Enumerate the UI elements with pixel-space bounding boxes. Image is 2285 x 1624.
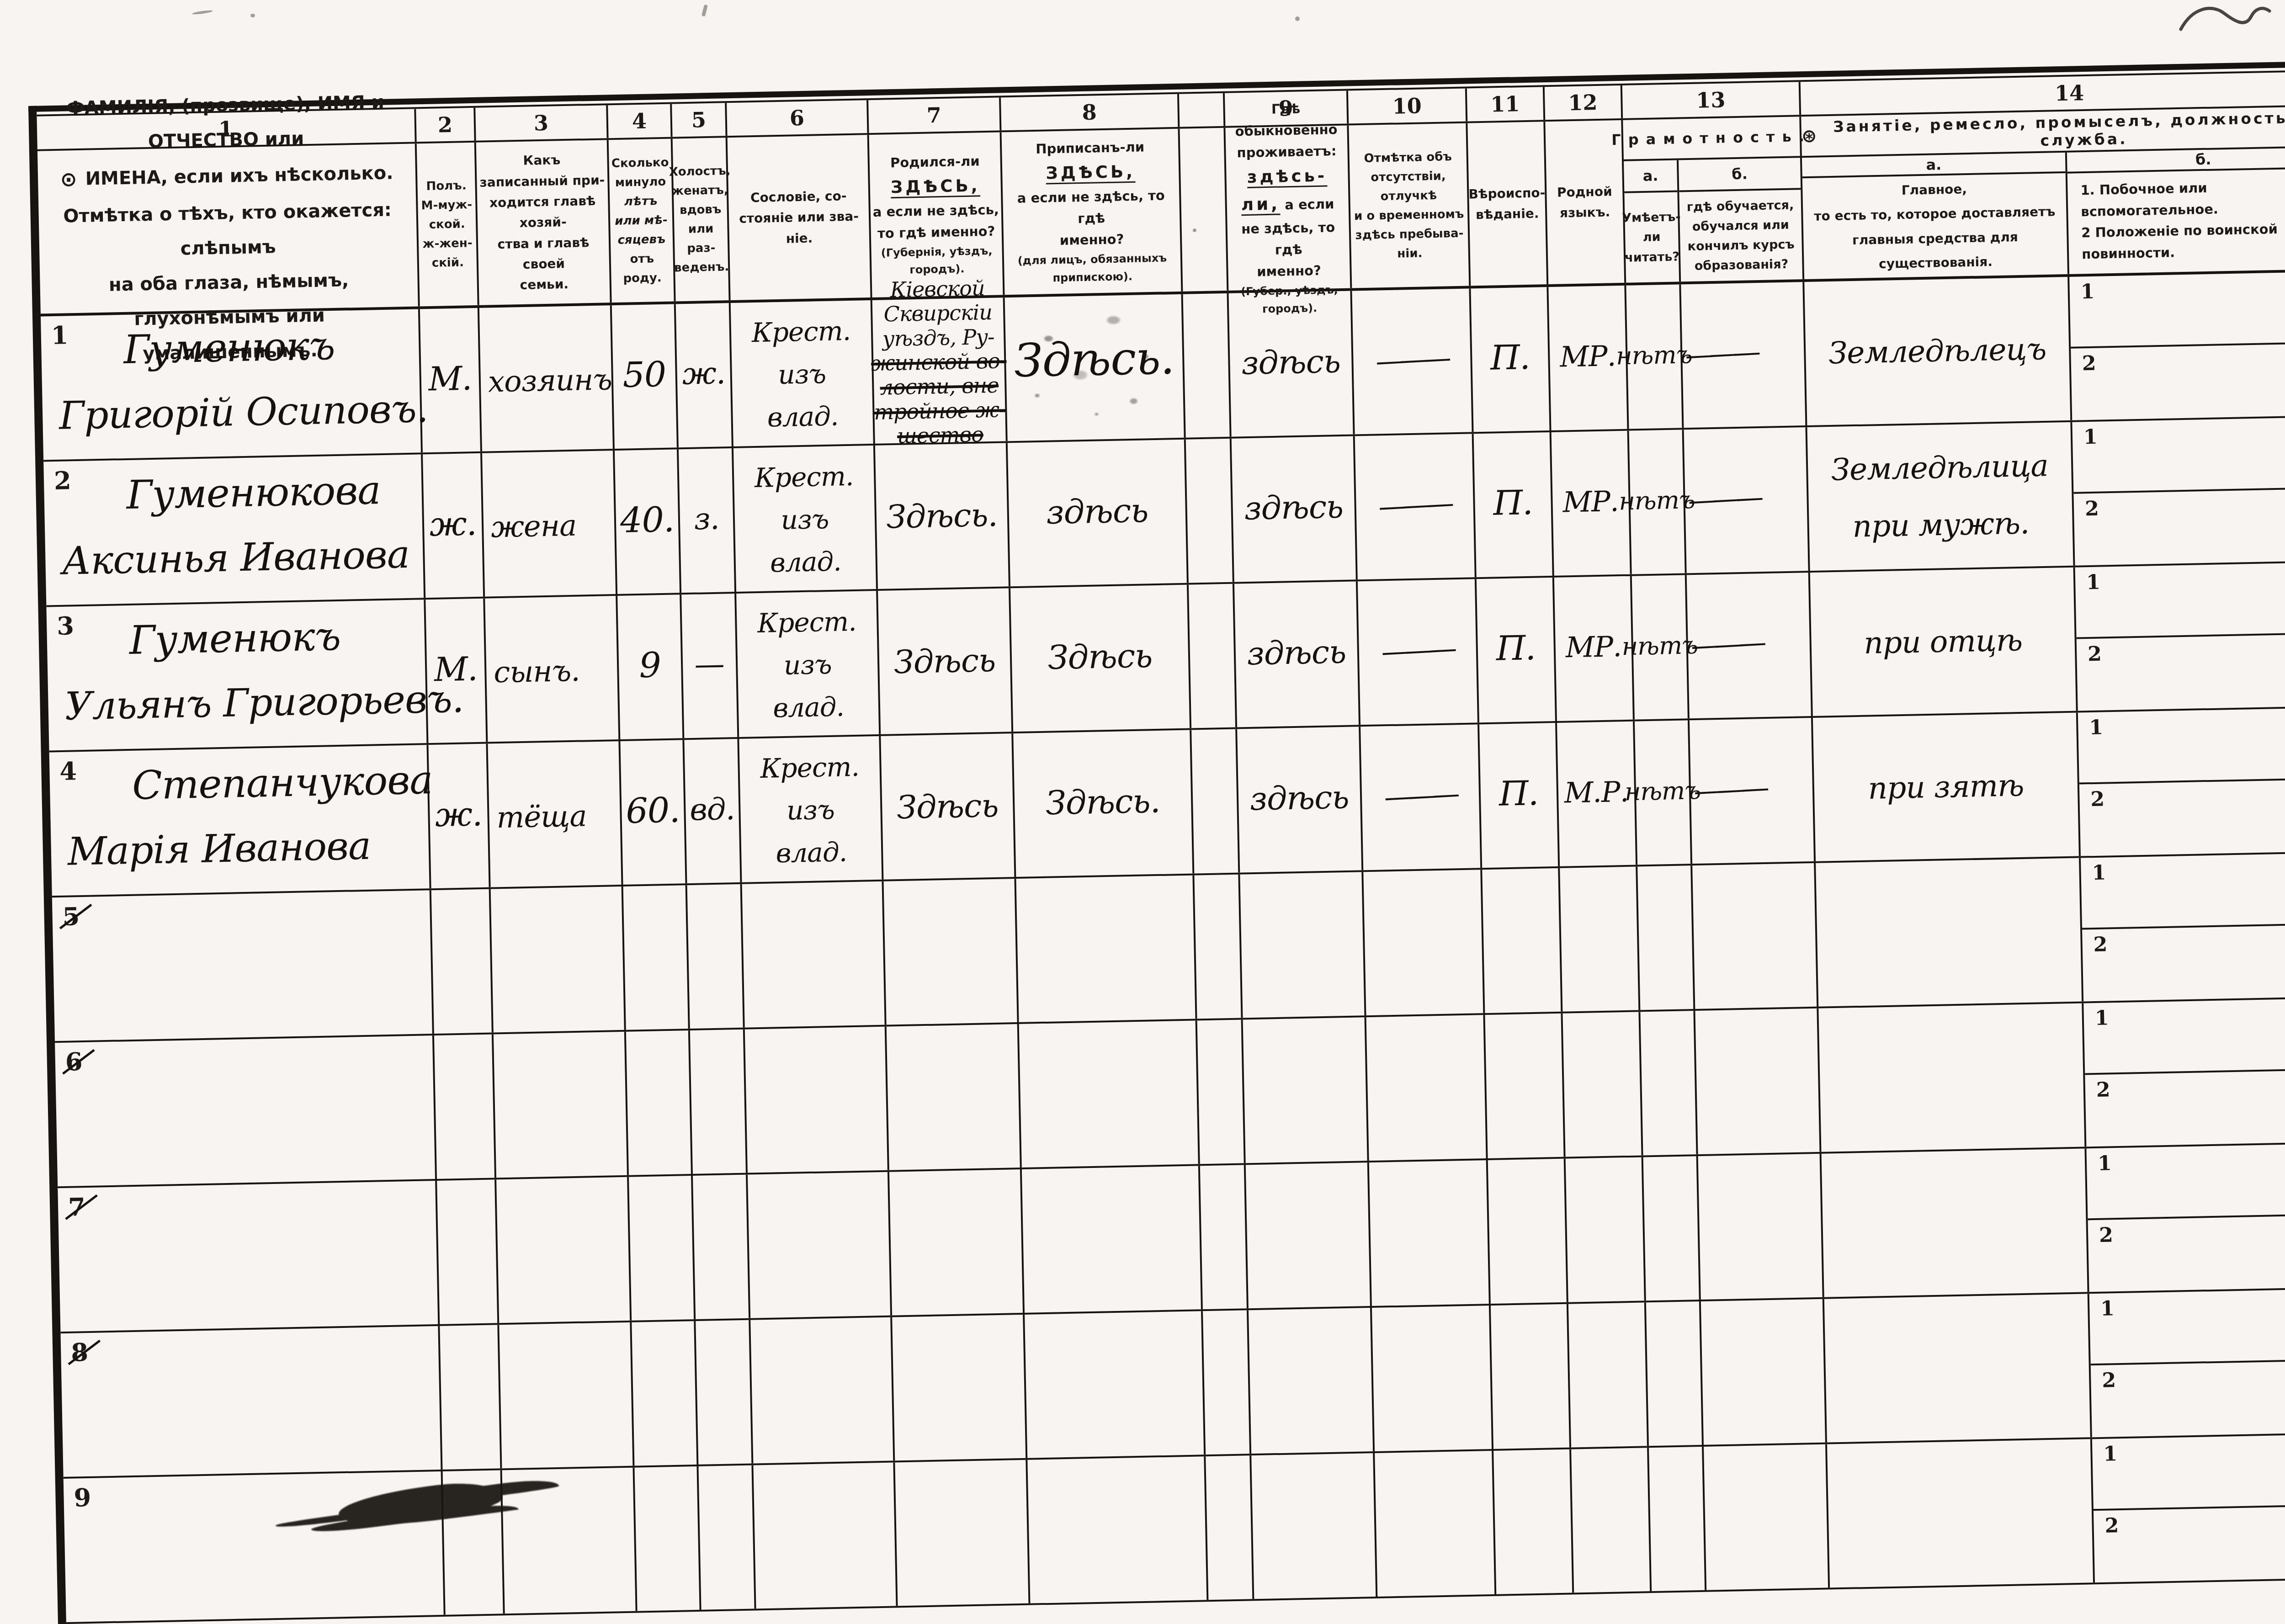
cell-language bbox=[1568, 1302, 1649, 1447]
cell-relation bbox=[496, 1177, 632, 1323]
cell-relation bbox=[494, 1032, 629, 1178]
spacer-cell bbox=[1194, 874, 1243, 1019]
religion-entry: П. bbox=[1493, 486, 1533, 520]
cell-can-read: нѣтъ bbox=[1632, 575, 1690, 719]
sub-label-1: 1 bbox=[2094, 1006, 2109, 1030]
relation-entry: хозяинъ bbox=[488, 365, 612, 397]
residence-entry: здѣсь bbox=[1249, 781, 1349, 815]
cell-registration bbox=[1016, 875, 1197, 1022]
ink-speck bbox=[701, 4, 708, 16]
sex-entry: ж. bbox=[435, 797, 482, 831]
registration-entry: Здѣсь. bbox=[1045, 784, 1160, 819]
age-entry: 9 bbox=[639, 647, 661, 683]
sub-label-2: 2 bbox=[2104, 1514, 2119, 1538]
sub-label-2: 2 bbox=[2085, 497, 2099, 521]
residence-entry: здѣсь bbox=[1241, 345, 1341, 379]
cell-registration: Здѣсь bbox=[1010, 585, 1191, 732]
spacer-cell bbox=[1197, 1019, 1246, 1164]
cell-side-occupation: 1 2 bbox=[2083, 998, 2285, 1147]
cell-education bbox=[1698, 1154, 1824, 1300]
registration-entry: Здѣсь. bbox=[1014, 335, 1174, 384]
spacer-cell bbox=[1186, 439, 1234, 583]
birthplace-entry: Здѣсь. bbox=[886, 496, 998, 536]
occupation-entry: при отцѣ bbox=[1863, 611, 2023, 672]
cell-estate bbox=[750, 1317, 895, 1464]
cell-estate bbox=[748, 1172, 892, 1318]
cell-can-read bbox=[1640, 1011, 1698, 1155]
cell-education: ——— bbox=[1684, 427, 1810, 573]
cell-main-occupation: Земледѣлецъ bbox=[1804, 277, 2072, 425]
cell-education bbox=[1692, 863, 1818, 1009]
language-entry: МР. bbox=[1560, 342, 1616, 371]
cell-sex bbox=[431, 889, 494, 1034]
sub-label-2: 2 bbox=[2099, 1223, 2114, 1247]
sub-label-1: 1 bbox=[2089, 716, 2104, 740]
cell-education bbox=[1701, 1299, 1827, 1445]
cell-main-occupation bbox=[1827, 1439, 2095, 1587]
pencil-mark bbox=[192, 10, 213, 15]
header-col-estate: Сословіе, со-стояніе или зва-ніе. bbox=[728, 135, 872, 300]
header-col-literacy: Грамотность. а. Умѣетъ-личитать? б. гдѣ … bbox=[1623, 117, 1804, 283]
cell-relation bbox=[491, 886, 626, 1033]
cell-estate bbox=[742, 881, 887, 1028]
cell-residence: здѣсь bbox=[1234, 581, 1360, 727]
cell-name: 8 bbox=[61, 1326, 443, 1477]
cell-sex bbox=[434, 1034, 496, 1178]
cell-age bbox=[623, 885, 690, 1030]
cell-language bbox=[1562, 1012, 1643, 1157]
cell-relation: хозяинъ bbox=[479, 305, 615, 451]
cell-religion bbox=[1485, 1014, 1565, 1158]
cell-marital: — bbox=[681, 594, 739, 738]
religion-entry: П. bbox=[1496, 631, 1536, 666]
birthplace-entry: КіевскойСквирскіиуѣздъ, Ру- bbox=[881, 276, 994, 351]
cell-side-occupation: 1 2 bbox=[2078, 707, 2285, 856]
education-dash: ——— bbox=[1687, 483, 1761, 515]
marital-entry: вд. bbox=[690, 794, 735, 825]
cell-main-occupation bbox=[1824, 1294, 2092, 1442]
cell-main-occupation bbox=[1816, 858, 2083, 1007]
cell-name: 5 bbox=[52, 890, 434, 1041]
cell-residence bbox=[1246, 1162, 1372, 1308]
col-number-4: 4 bbox=[608, 104, 672, 138]
header-col-marital: Холостъ,женатъ,вдовъили раз-веденъ. bbox=[673, 138, 731, 301]
surname-handwritten: Гуменюкъ bbox=[123, 326, 335, 370]
cell-main-occupation: Земледѣлицапри мужѣ. bbox=[1807, 422, 2075, 571]
cell-name: 6 bbox=[55, 1035, 437, 1186]
sub-col-a-label: а. bbox=[1624, 160, 1677, 193]
cell-sex: ж. bbox=[423, 453, 485, 598]
literacy-b-text: гдѣ обучается,обучался иликончилъ курсъо… bbox=[1679, 190, 1802, 281]
cell-birthplace bbox=[892, 1315, 1027, 1461]
cell-age bbox=[634, 1466, 701, 1608]
birthplace-entry: Здѣсь bbox=[893, 641, 996, 681]
sub-label-1: 1 bbox=[2092, 861, 2106, 885]
cell-sex: ж. bbox=[428, 744, 490, 888]
cell-relation bbox=[502, 1468, 638, 1608]
estate-entry: Крест.изъвлад. bbox=[757, 600, 858, 730]
cell-name: 3 Гуменюкъ Ульянъ Григорьевъ. bbox=[46, 600, 428, 750]
cell-birthplace bbox=[884, 879, 1019, 1025]
sub-label-2: 2 bbox=[2096, 1078, 2110, 1102]
estate-entry: Крест.изъвлад. bbox=[751, 310, 853, 439]
sub-label-1: 1 bbox=[2098, 1152, 2112, 1175]
row-number: 8 bbox=[71, 1337, 89, 1367]
side-occupation-cell-1: 1 bbox=[2089, 1289, 2285, 1366]
occupation-entry: Земледѣлецъ bbox=[1828, 320, 2047, 382]
cell-name: 4 Степанчукова Марія Иванова bbox=[49, 745, 431, 896]
sub-label-1: 1 bbox=[2086, 571, 2101, 594]
sub-label-1: 1 bbox=[2083, 425, 2098, 449]
occupation-entry: при зятѣ bbox=[1867, 757, 2024, 817]
cell-registration: здѣсь bbox=[1008, 440, 1189, 587]
cell-absence bbox=[1363, 870, 1485, 1015]
cell-residence bbox=[1251, 1453, 1377, 1599]
marital-entry: з. bbox=[694, 504, 719, 534]
estate-entry: Крест.изъвлад. bbox=[754, 455, 856, 584]
cell-residence bbox=[1240, 872, 1366, 1018]
cell-estate: Крест.изъвлад. bbox=[739, 736, 883, 882]
cell-age: 9 bbox=[617, 594, 684, 739]
literacy-a-text: Умѣетъ-личитать? bbox=[1624, 192, 1679, 283]
literacy-entry: нѣтъ bbox=[1616, 342, 1692, 368]
marital-entry: — bbox=[694, 649, 724, 679]
header-col-sex: Полъ.М-муж-ской.ж-жен-скій. bbox=[417, 143, 479, 306]
relation-entry: тёща bbox=[496, 802, 587, 833]
cell-birthplace bbox=[895, 1460, 1030, 1606]
absence-dash: ——— bbox=[1375, 345, 1449, 376]
cell-registration bbox=[1027, 1456, 1208, 1603]
cell-religion bbox=[1491, 1304, 1571, 1449]
sex-entry: М. bbox=[434, 652, 478, 686]
cell-registration bbox=[1022, 1166, 1203, 1313]
cell-birthplace: Здѣсь bbox=[881, 733, 1016, 880]
side-occupation-cell-2: 2 bbox=[2088, 1215, 2285, 1292]
spacer-column bbox=[1179, 93, 1225, 127]
census-table: 1 2 3 4 5 6 7 8 9 10 11 12 13 14 ФАМИЛІЯ… bbox=[28, 61, 2285, 1608]
scanned-census-sheet: 1 2 3 4 5 6 7 8 9 10 11 12 13 14 ФАМИЛІЯ… bbox=[0, 0, 2285, 1608]
cell-can-read: нѣтъ bbox=[1629, 430, 1687, 574]
surname-handwritten: Гуменюкова bbox=[126, 471, 381, 515]
cell-relation: жена bbox=[482, 451, 617, 597]
cell-can-read bbox=[1646, 1301, 1704, 1446]
education-dash: ——— bbox=[1690, 629, 1764, 660]
cell-relation: сынъ. bbox=[485, 596, 620, 742]
age-entry: 60. bbox=[626, 793, 680, 828]
age-entry: 40. bbox=[620, 502, 674, 538]
cell-sex bbox=[440, 1325, 502, 1469]
cell-education: ——— bbox=[1690, 718, 1816, 864]
row-number: 3 bbox=[57, 611, 74, 641]
header-text: Отмѣтка о тѣхъ, кто окажется: слѣпымъ bbox=[45, 192, 411, 269]
cell-age bbox=[629, 1176, 696, 1321]
row-number: 2 bbox=[53, 466, 71, 495]
cell-birthplace bbox=[889, 1169, 1025, 1316]
side-occupation-cell-1: 1 bbox=[2078, 707, 2285, 785]
header-text: ФАМИЛІЯ, (прозвище), ИМЯ и ОТЧЕСТВО или bbox=[43, 85, 409, 161]
cell-education bbox=[1695, 1008, 1821, 1154]
cell-absence bbox=[1369, 1160, 1491, 1306]
row-number: 4 bbox=[59, 756, 77, 786]
col-number-3: 3 bbox=[475, 105, 608, 141]
absence-dash: ——— bbox=[1381, 635, 1455, 667]
cell-religion bbox=[1493, 1449, 1574, 1594]
cell-age: 60. bbox=[620, 740, 687, 885]
header-col-birthplace: Родился-ли ЗДѢСЬ, а если не здѣсь,то гдѣ… bbox=[869, 132, 1005, 297]
cell-absence: ——— bbox=[1352, 288, 1473, 434]
cell-age: 50 bbox=[612, 304, 679, 449]
cell-main-occupation bbox=[1818, 1003, 2086, 1152]
cell-sex: М. bbox=[420, 308, 482, 452]
cell-marital bbox=[698, 1465, 756, 1608]
cell-marital bbox=[687, 884, 745, 1029]
cell-side-occupation: 1 2 bbox=[2089, 1288, 2285, 1437]
sex-entry: М. bbox=[428, 362, 472, 396]
cell-residence bbox=[1243, 1017, 1369, 1163]
cell-age bbox=[626, 1030, 693, 1175]
cell-marital bbox=[693, 1175, 750, 1319]
cell-side-occupation: 1 2 bbox=[2072, 417, 2285, 566]
spacer-cell bbox=[1200, 1165, 1249, 1309]
registration-entry: Здѣсь bbox=[1047, 639, 1153, 674]
cell-can-read: нѣтъ bbox=[1635, 720, 1692, 865]
occupation-entry: Земледѣлицапри мужѣ. bbox=[1831, 437, 2050, 556]
row-number: 1 bbox=[51, 320, 69, 350]
residence-entry: здѣсь bbox=[1247, 636, 1346, 669]
cell-can-read bbox=[1649, 1447, 1706, 1591]
surname-handwritten: Гуменюкъ bbox=[129, 617, 341, 660]
sub-label-2: 2 bbox=[2082, 352, 2096, 376]
cell-name: 2 Гуменюкова Аксинья Иванова bbox=[43, 454, 425, 605]
sub-label-2: 2 bbox=[2093, 933, 2108, 956]
cell-main-occupation: при зятѣ bbox=[1813, 713, 2081, 861]
row-number: 7 bbox=[68, 1192, 85, 1222]
side-occupation-cell-1: 1 bbox=[2092, 1434, 2285, 1511]
header-col-age: Сколькоминулолѣтъили мѣ-сяцевъотъ роду. bbox=[609, 138, 676, 303]
cell-religion: П. bbox=[1474, 432, 1554, 577]
cell-side-occupation: 1 2 bbox=[2081, 853, 2285, 1002]
cell-sex bbox=[437, 1179, 499, 1324]
cell-residence: здѣсь bbox=[1237, 727, 1363, 872]
given-name-handwritten: Аксинья Иванова bbox=[62, 535, 410, 580]
education-dash: ——— bbox=[1693, 774, 1767, 806]
side-occupation-cell-2: 2 bbox=[2091, 1360, 2285, 1438]
birthplace-entry: Здѣсь bbox=[897, 786, 999, 827]
religion-entry: П. bbox=[1490, 340, 1530, 375]
cell-language bbox=[1560, 866, 1640, 1011]
header-col-religion: Вѣроиспо-вѣданіе. bbox=[1467, 122, 1548, 286]
sub-label-1: 1 bbox=[2100, 1297, 2115, 1321]
side-occupation-cell-2: 2 bbox=[2077, 634, 2285, 711]
cell-absence bbox=[1372, 1306, 1493, 1451]
side-occupation-cell-2: 2 bbox=[2079, 779, 2285, 856]
sub-label-2: 2 bbox=[2102, 1369, 2116, 1392]
cell-relation: тёща bbox=[488, 741, 623, 887]
education-dash: ——— bbox=[1685, 338, 1759, 370]
col-number-12: 12 bbox=[1545, 85, 1623, 120]
cell-registration: Здѣсь. bbox=[1005, 294, 1186, 441]
sub-label-1: 1 bbox=[2080, 280, 2095, 304]
cell-religion: П. bbox=[1471, 287, 1551, 432]
side-occupation-cell-2: 2 bbox=[2073, 488, 2285, 566]
religion-entry: П. bbox=[1499, 776, 1538, 811]
cell-relation bbox=[499, 1322, 634, 1469]
asterisk-symbol-icon: ⊛ bbox=[1801, 126, 1817, 147]
given-name-handwritten: Марія Иванова bbox=[67, 827, 371, 871]
row-number: 9 bbox=[74, 1483, 91, 1513]
cell-residence: здѣсь bbox=[1229, 291, 1355, 436]
cell-registration bbox=[1019, 1020, 1200, 1168]
cell-estate: Крест.изъвлад. bbox=[736, 591, 881, 737]
cell-side-occupation: 1 2 bbox=[2075, 562, 2285, 711]
spacer-column bbox=[1180, 128, 1228, 292]
sub-label-1: 1 bbox=[2103, 1442, 2118, 1466]
cell-birthplace: КіевскойСквирскіиуѣздъ, Ру- жинской во-л… bbox=[872, 297, 1008, 444]
language-entry: МР. bbox=[1565, 632, 1621, 662]
cell-estate bbox=[753, 1462, 898, 1608]
side-occupation-cell-2: 2 bbox=[2071, 343, 2285, 420]
row-number: 6 bbox=[65, 1047, 83, 1077]
header-col-residence: Гдѣ обыкновеннопроживаетъ: здѣсь-ли, а е… bbox=[1225, 126, 1352, 291]
literacy-entry: нѣтъ bbox=[1624, 778, 1700, 804]
cell-registration: Здѣсь. bbox=[1013, 730, 1194, 877]
header-col-registration: Приписанъ-ли ЗДѢСЬ, а если не здѣсь, то … bbox=[1002, 129, 1183, 295]
cell-absence: ——— bbox=[1360, 724, 1482, 870]
literacy-entry: нѣтъ bbox=[1619, 488, 1695, 514]
side-occupation-cell-2: 2 bbox=[2082, 924, 2285, 1002]
col-number-2: 2 bbox=[416, 108, 476, 142]
language-entry: МР. bbox=[1562, 487, 1619, 516]
cell-religion: П. bbox=[1477, 578, 1557, 722]
emphasized-word: ЗДѢСЬ, bbox=[1046, 162, 1136, 183]
sub-col-b-label: б. bbox=[1679, 158, 1801, 192]
sub-label-2: 2 bbox=[2090, 787, 2105, 811]
estate-entry: Крест.изъвлад. bbox=[760, 746, 861, 875]
relation-entry: жена bbox=[491, 511, 577, 542]
table-body: 1 Гуменюкъ Григорій Осиповъ. М. хозяинъ … bbox=[41, 271, 2285, 1608]
side-occupation-cell-1: 1 bbox=[2075, 562, 2285, 639]
cell-registration bbox=[1025, 1311, 1206, 1458]
cell-can-read: нѣтъ bbox=[1626, 284, 1684, 429]
cell-absence: ——— bbox=[1358, 579, 1479, 725]
cell-sex: М. bbox=[425, 599, 488, 743]
col-number-8: 8 bbox=[1001, 94, 1180, 131]
given-name-handwritten: Григорій Осиповъ. bbox=[58, 389, 428, 435]
cell-age bbox=[632, 1321, 698, 1466]
cell-absence bbox=[1366, 1015, 1488, 1161]
header-col-relation: Какъ записанный при-ходится главѣ хозяй-… bbox=[476, 140, 612, 305]
cell-marital: з. bbox=[679, 448, 736, 593]
cell-can-read bbox=[1643, 1156, 1701, 1300]
side-occupation-cell-2: 2 bbox=[2085, 1070, 2285, 1147]
cell-residence bbox=[1249, 1308, 1375, 1454]
cell-name: 7 bbox=[58, 1181, 440, 1332]
cell-language bbox=[1571, 1448, 1652, 1592]
absence-dash: ——— bbox=[1383, 780, 1457, 812]
residence-entry: здѣсь bbox=[1244, 490, 1344, 524]
cell-sex bbox=[443, 1470, 505, 1608]
cell-estate bbox=[745, 1027, 889, 1173]
cell-name: 1 Гуменюкъ Григорій Осиповъ. bbox=[41, 309, 423, 460]
surname-handwritten: Степанчукова bbox=[132, 760, 433, 806]
age-entry: 50 bbox=[622, 357, 666, 393]
side-occupation-cell-2: 2 bbox=[2094, 1506, 2285, 1583]
cell-side-occupation: 1 2 bbox=[2092, 1433, 2285, 1582]
header-text: ⊙ИМЕНА, если ихъ нѣсколько. bbox=[60, 154, 393, 199]
cell-marital bbox=[696, 1320, 753, 1465]
spacer-cell bbox=[1183, 293, 1232, 438]
cell-absence: ——— bbox=[1355, 434, 1477, 579]
cell-marital: вд. bbox=[684, 739, 742, 883]
cell-marital bbox=[690, 1030, 748, 1174]
cell-education bbox=[1704, 1444, 1830, 1590]
cell-education: ——— bbox=[1687, 573, 1813, 718]
col-number-7: 7 bbox=[868, 97, 1001, 133]
side-occupation-cell-1: 1 bbox=[2072, 417, 2285, 494]
cell-estate: Крест.изъвлад. bbox=[731, 300, 875, 446]
emphasized-word: ЗДѢСЬ, bbox=[891, 175, 981, 197]
cell-residence: здѣсь bbox=[1232, 436, 1358, 582]
cell-marital: ж. bbox=[676, 303, 733, 447]
cell-estate: Крест.изъвлад. bbox=[733, 446, 878, 592]
col-number-6: 6 bbox=[727, 100, 869, 136]
header-col-names: ФАМИЛІЯ, (прозвище), ИМЯ и ОТЧЕСТВО или … bbox=[37, 143, 420, 313]
cell-side-occupation: 1 2 bbox=[2086, 1143, 2285, 1292]
col-number-10: 10 bbox=[1348, 88, 1467, 123]
relation-entry: сынъ. bbox=[494, 657, 580, 688]
col-number-11: 11 bbox=[1467, 87, 1545, 121]
marital-entry: ж. bbox=[682, 358, 725, 389]
col-number-13: 13 bbox=[1622, 82, 1801, 118]
cell-religion bbox=[1488, 1159, 1568, 1304]
cell-religion: П. bbox=[1479, 723, 1560, 868]
given-name-handwritten: Ульянъ Григорьевъ. bbox=[64, 679, 464, 726]
cell-education: ——— bbox=[1681, 282, 1807, 428]
cell-birthplace: Здѣсь bbox=[878, 588, 1013, 734]
side-occupation-cell-1: 1 bbox=[2069, 271, 2285, 349]
cell-main-occupation: при отцѣ bbox=[1810, 568, 2078, 716]
spacer-cell bbox=[1189, 584, 1237, 728]
cell-side-occupation: 1 2 bbox=[2069, 271, 2285, 420]
ink-speck bbox=[1295, 16, 1300, 21]
literacy-entry: нѣтъ bbox=[1621, 633, 1698, 659]
literacy-title: Грамотность. bbox=[1623, 117, 1800, 161]
cell-birthplace: Здѣсь. bbox=[875, 443, 1010, 589]
cell-language bbox=[1566, 1157, 1646, 1302]
cell-absence bbox=[1375, 1451, 1496, 1597]
cell-birthplace bbox=[887, 1024, 1022, 1170]
side-occupation-cell-1: 1 bbox=[2086, 1143, 2285, 1221]
sub-label-2: 2 bbox=[2088, 642, 2102, 666]
side-occupation-cell-1: 1 bbox=[2083, 998, 2285, 1075]
cell-can-read bbox=[1637, 865, 1695, 1010]
spacer-cell bbox=[1206, 1455, 1254, 1600]
col-number-5: 5 bbox=[672, 103, 727, 137]
cell-name: 9 bbox=[64, 1471, 446, 1608]
header-col-absence: Отмѣтка объотсутствіи, отлучкѣи о времен… bbox=[1349, 123, 1471, 288]
spacer-cell bbox=[1203, 1310, 1251, 1454]
row-number: 5 bbox=[62, 902, 80, 931]
spacer-cell bbox=[1191, 729, 1240, 874]
cell-age: 40. bbox=[615, 449, 681, 594]
target-symbol-icon: ⊙ bbox=[60, 168, 77, 191]
occupation-a-text: Главное,то есть то, которое доставляетъг… bbox=[1802, 173, 2067, 279]
absence-dash: ——— bbox=[1378, 490, 1452, 521]
cell-religion bbox=[1482, 868, 1562, 1013]
ink-scribble-icon bbox=[2177, 1, 2273, 37]
side-occupation-cell-1: 1 bbox=[2081, 853, 2285, 930]
birthplace-entry-struck: жинской во-лости, внетройное ж-шество bbox=[871, 349, 1009, 449]
